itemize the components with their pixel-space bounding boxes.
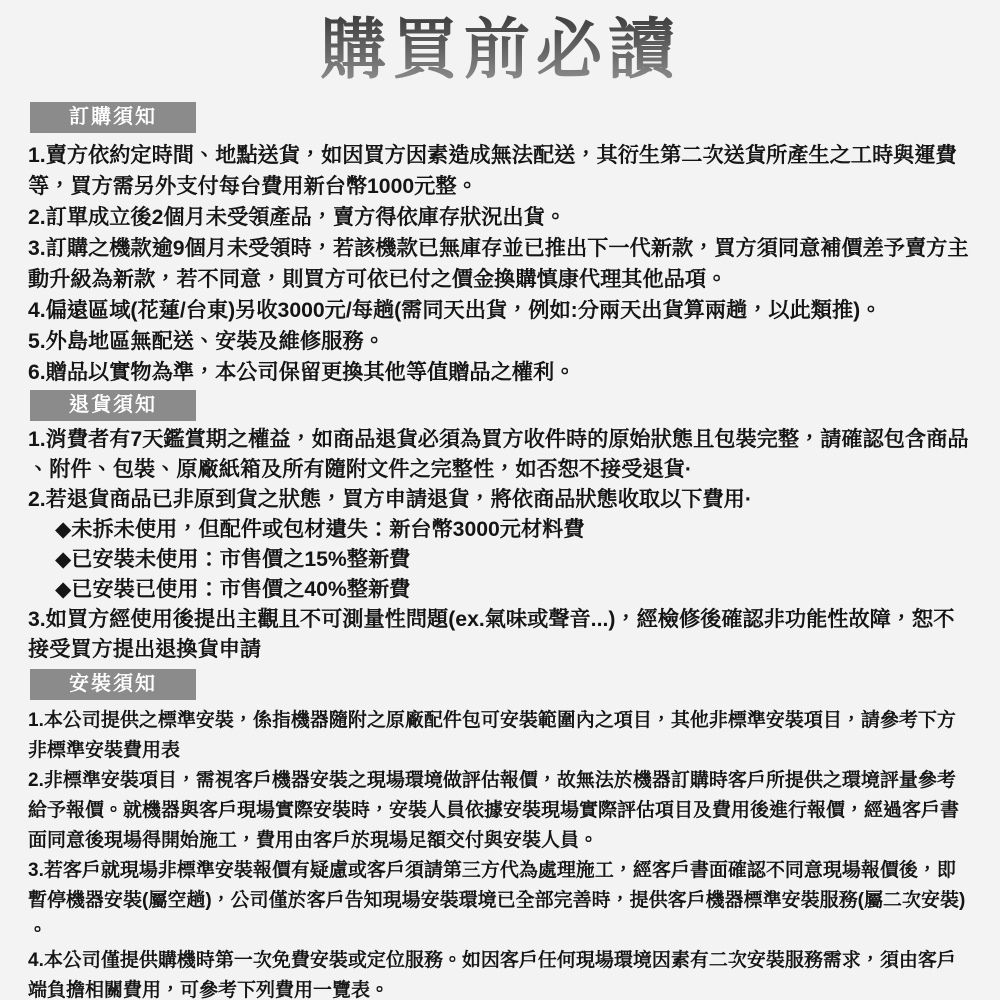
notice-item: 2.非標準安裝項目，需視客戶機器安裝之現場環境做評估報價，故無法於機器訂購時客戶… [28, 766, 970, 856]
notice-item-bullet: ◆已安裝未使用：市售價之15%整新費 [28, 545, 970, 575]
notice-item-bullet: ◆已安裝已使用：市售價之40%整新費 [28, 575, 970, 605]
page-title: 購買前必讀 [0, 10, 1000, 92]
order-notes-content: 1.賣方依約定時間、地點送貨，如因買方因素造成無法配送，其衍生第二次送貨所產生之… [28, 140, 970, 388]
notice-item: 1.賣方依約定時間、地點送貨，如因買方因素造成無法配送，其衍生第二次送貨所產生之… [28, 140, 970, 202]
section-order-notes: 訂購須知 1.賣方依約定時間、地點送貨，如因買方因素造成無法配送，其衍生第二次送… [0, 102, 1000, 388]
install-notes-content: 1.本公司提供之標準安裝，係指機器隨附之原廠配件包可安裝範圍內之項目，其他非標準… [28, 706, 970, 1000]
order-notes-heading: 訂購須知 [30, 102, 196, 133]
notice-item: 1.本公司提供之標準安裝，係指機器隨附之原廠配件包可安裝範圍內之項目，其他非標準… [28, 706, 970, 766]
install-notes-heading: 安裝須知 [30, 669, 196, 700]
notice-item: 4.偏遠區域(花蓮/台東)另收3000元/每趟(需同天出貨，例如:分兩天出貨算兩… [28, 295, 970, 326]
notice-item: 5.外島地區無配送、安裝及維修服務。 [28, 326, 970, 357]
return-notes-heading: 退貨須知 [30, 390, 196, 421]
section-install-notes: 安裝須知 1.本公司提供之標準安裝，係指機器隨附之原廠配件包可安裝範圍內之項目，… [0, 669, 1000, 1000]
notice-item: 3.若客戶就現場非標準安裝報價有疑慮或客戶須請第三方代為處理施工，經客戶書面確認… [28, 856, 970, 946]
section-return-notes: 退貨須知 1.消費者有7天鑑賞期之權益，如商品退貨必須為買方收件時的原始狀態且包… [0, 390, 1000, 665]
purchase-notice-page: 購買前必讀 訂購須知 1.賣方依約定時間、地點送貨，如因買方因素造成無法配送，其… [0, 0, 1000, 1000]
notice-item-bullet: ◆未拆未使用，但配件或包材遺失：新台幣3000元材料費 [28, 515, 970, 545]
notice-item: 2.訂單成立後2個月未受領產品，賣方得依庫存狀況出貨。 [28, 202, 970, 233]
notice-item: 3.如買方經使用後提出主觀且不可測量性問題(ex.氣味或聲音...)，經檢修後確… [28, 605, 970, 665]
notice-item: 4.本公司僅提供購機時第一次免費安裝或定位服務。如因客戶任何現場環境因素有二次安… [28, 946, 970, 1000]
notice-item: 2.若退貨商品已非原到貨之狀態，買方申請退貨，將依商品狀態收取以下費用· [28, 485, 970, 515]
return-notes-content: 1.消費者有7天鑑賞期之權益，如商品退貨必須為買方收件時的原始狀態且包裝完整，請… [28, 425, 970, 665]
notice-item: 1.消費者有7天鑑賞期之權益，如商品退貨必須為買方收件時的原始狀態且包裝完整，請… [28, 425, 970, 485]
notice-item: 6.贈品以實物為準，本公司保留更換其他等值贈品之權利。 [28, 357, 970, 388]
notice-item: 3.訂購之機款逾9個月未受領時，若該機款已無庫存並已推出下一代新款，買方須同意補… [28, 233, 970, 295]
